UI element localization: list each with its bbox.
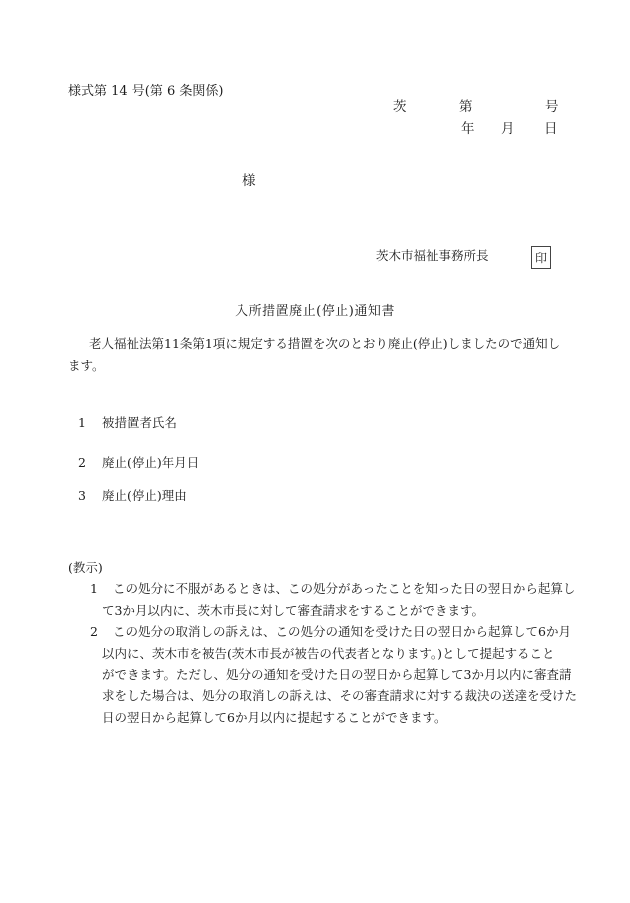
date-day-label: 日 <box>544 117 558 137</box>
note-text: この処分の取消しの訴えは、この処分の通知を受けた日の翌日から起算して6か月 以内… <box>102 621 582 728</box>
seal-stamp-box: 印 <box>531 246 551 269</box>
body-paragraph: 老人福祉法第11条第1項に規定する措置を次のとおり廃止(停止)しましたので通知し… <box>68 333 582 376</box>
reference-number-suffix: 号 <box>545 95 559 115</box>
addressee-honorific: 様 <box>242 169 256 189</box>
issuer-title: 茨木市福祉事務所長 <box>376 246 489 264</box>
item-label: 廃止(停止)理由 <box>102 488 187 503</box>
list-item-recipient-name: 1被措置者氏名 <box>78 412 177 433</box>
note-number: 2 <box>90 621 98 642</box>
list-item-abolition-date: 2廃止(停止)年月日 <box>78 452 199 473</box>
note-number: 1 <box>90 578 98 599</box>
date-year-label: 年 <box>461 117 475 137</box>
instruction-note-lawsuit: 2 この処分の取消しの訴えは、この処分の通知を受けた日の翌日から起算して6か月 … <box>102 621 582 728</box>
form-number: 様式第 14 号(第 6 条関係) <box>68 80 224 99</box>
document-title: 入所措置廃止(停止)通知書 <box>0 300 630 319</box>
item-label: 廃止(停止)年月日 <box>102 455 199 470</box>
date-month-label: 月 <box>501 117 515 137</box>
notice-document-page: 様式第 14 号(第 6 条関係) 茨 第 号 年 月 日 様 茨木市福祉事務所… <box>0 0 630 903</box>
reference-number-prefix: 第 <box>459 95 473 115</box>
seal-label: 印 <box>535 249 547 266</box>
item-number: 2 <box>78 452 102 473</box>
item-number: 3 <box>78 485 102 506</box>
instruction-note-appeal: 1 この処分に不服があるときは、この処分があったことを知った日の翌日から起算し … <box>102 578 582 621</box>
note-text: この処分に不服があるときは、この処分があったことを知った日の翌日から起算し て3… <box>102 578 582 621</box>
instructions-heading: (教示) <box>68 557 582 578</box>
list-item-abolition-reason: 3廃止(停止)理由 <box>78 485 187 506</box>
instructions-section: (教示) 1 この処分に不服があるときは、この処分があったことを知った日の翌日か… <box>68 557 582 728</box>
item-number: 1 <box>78 412 102 433</box>
item-label: 被措置者氏名 <box>102 415 177 430</box>
reference-city-char: 茨 <box>393 95 407 115</box>
